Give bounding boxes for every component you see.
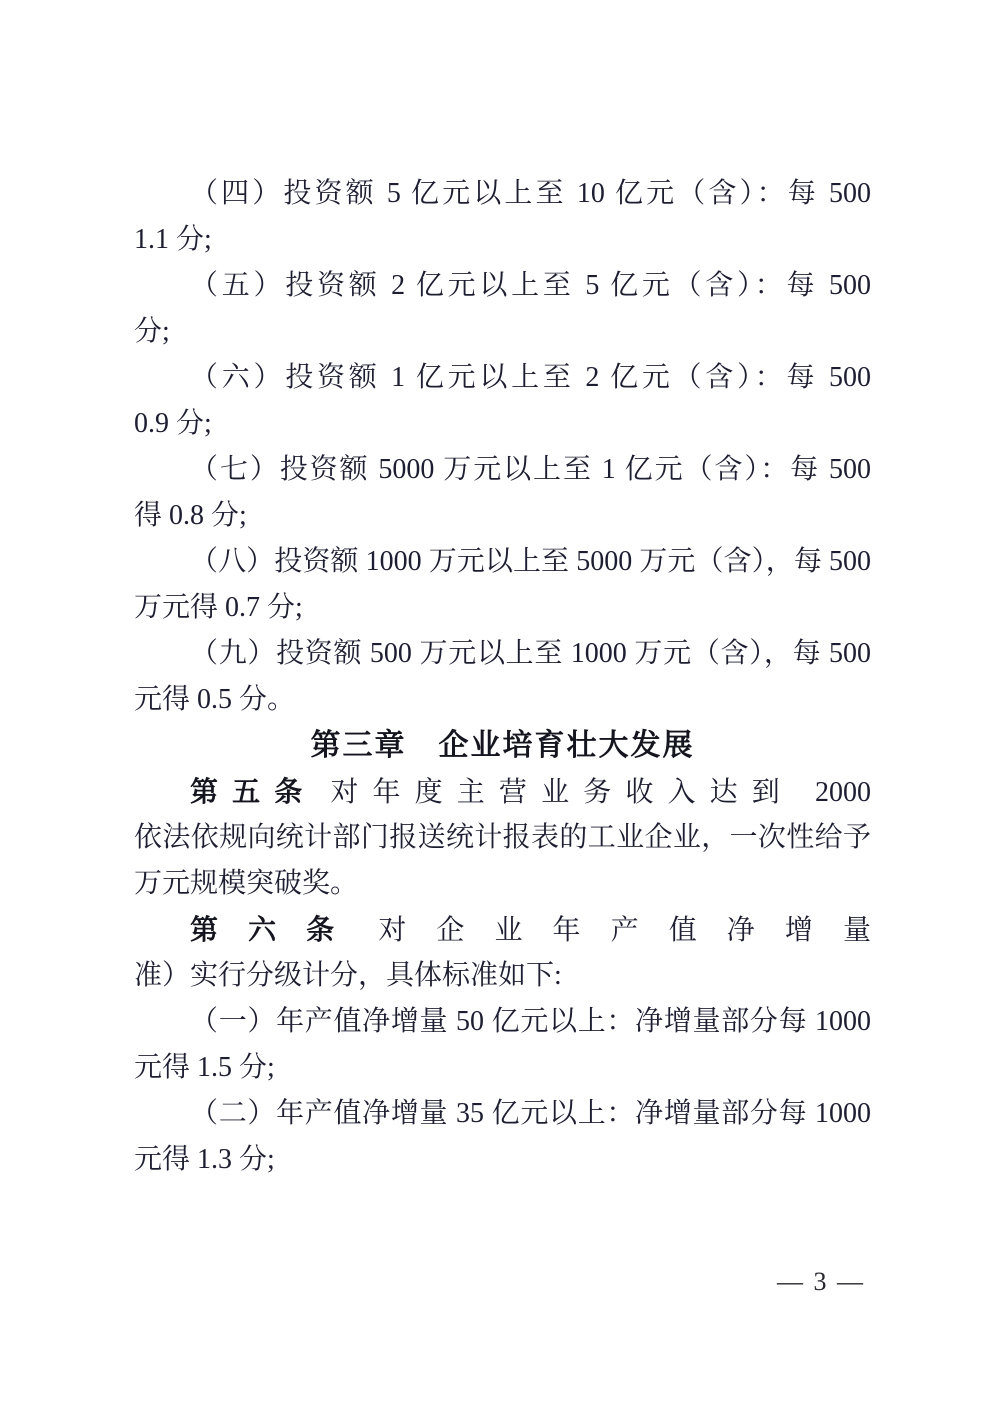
item-1-line-2: 元得 1.5 分; xyxy=(134,1045,871,1091)
clause-6-line-1: （六）投资额 1 亿元以上至 2 亿元（含）：每 500 万元得 xyxy=(134,355,871,401)
clause-5-line-2: 分; xyxy=(134,309,871,355)
clause-9-line-1: （九）投资额 500 万元以上至 1000 万元（含），每 500 万 xyxy=(134,631,871,677)
clause-8-line-1: （八）投资额 1000 万元以上至 5000 万元（含），每 500 xyxy=(134,539,871,585)
clause-5-line-1: （五）投资额 2 亿元以上至 5 亿元（含）：每 500 万元得 1 xyxy=(134,263,871,309)
item-1-line-1: （一）年产值净增量 50 亿元以上：净增量部分每 1000 万 xyxy=(134,999,871,1045)
article-5-line-3: 万元规模突破奖。 xyxy=(134,861,871,907)
article-6-keyword: 第六条 xyxy=(190,914,364,945)
clause-4-line-1: （四）投资额 5 亿元以上至 10 亿元（含）：每 500 万元得 xyxy=(134,171,871,217)
clause-7-line-1: （七）投资额 5000 万元以上至 1 亿元（含）：每 500 万元 xyxy=(134,447,871,493)
clause-8-line-2: 万元得 0.7 分; xyxy=(134,585,871,631)
document-body: （四）投资额 5 亿元以上至 10 亿元（含）：每 500 万元得 1.1 分;… xyxy=(134,171,871,1183)
document-page: （四）投资额 5 亿元以上至 10 亿元（含）：每 500 万元得 1.1 分;… xyxy=(0,0,991,1403)
article-5-keyword: 第五条 xyxy=(190,776,316,807)
article-5-line-1: 第五条对年度主营业务收入达到 2000 万元及以上并首次 xyxy=(134,769,871,815)
item-2-line-1: （二）年产值净增量 35 亿元以上：净增量部分每 1000 万 xyxy=(134,1091,871,1137)
clause-7-line-2: 得 0.8 分; xyxy=(134,493,871,539)
clause-6-line-2: 0.9 分; xyxy=(134,401,871,447)
clause-4-line-2: 1.1 分; xyxy=(134,217,871,263)
chapter-heading: 第三章 企业培育壮大发展 xyxy=(134,723,871,769)
item-2-line-2: 元得 1.3 分; xyxy=(134,1137,871,1183)
article-6-line-1: 第六条对企业年产值净增量（以上一年度产值数据为基 xyxy=(134,907,871,953)
article-6-line-2: 准）实行分级计分，具体标准如下: xyxy=(134,953,871,999)
clause-9-line-2: 元得 0.5 分。 xyxy=(134,677,871,723)
article-5-line-2: 依法依规向统计部门报送统计报表的工业企业，一次性给予 15 xyxy=(134,815,871,861)
page-number: — 3 — xyxy=(777,1262,865,1302)
